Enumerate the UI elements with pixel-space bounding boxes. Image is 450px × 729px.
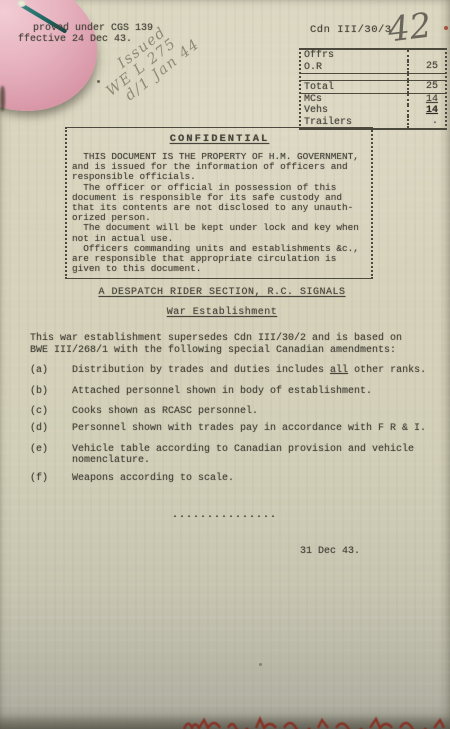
row-value [407,74,445,80]
page-edge-shadow [0,86,5,111]
table-row [301,74,445,81]
item-text: Personnel shown with trades pay in accor… [72,423,426,434]
document-photo: proved under CGS 139 ffective 24 Dec 43.… [0,0,450,729]
document-date: 31 Dec 43. [300,546,360,557]
amendment-item-e: (e) Vehicle table according to Canadian … [30,444,414,466]
row-value [407,50,445,61]
item-text: Attached personnel shown in body of esta… [72,386,372,397]
establishment-summary-table: Offrs O.R 25 Total 25 MCs 14 Vehs 14 Tra… [299,48,447,130]
table-row: O.R 25 [301,61,445,74]
table-row: Total 25 [301,81,445,94]
row-value: . [407,116,445,128]
row-value: 25 [407,81,445,93]
row-label: O.R [301,62,407,73]
paper-speck [259,663,262,666]
dotted-separator: ............... [172,510,277,521]
row-value: 14 [407,94,445,105]
item-label: (e) [30,444,72,466]
item-label: (a) [30,365,72,376]
table-row: Vehs 14 [301,105,445,116]
table-row: Offrs [301,50,445,61]
row-value: 25 [407,61,445,73]
pink-paper-corner [0,0,113,129]
treasury-tag-tip [17,0,26,7]
document-subtitle: War Establishment [0,307,444,318]
item-text: Vehicle table according to Canadian prov… [72,444,414,466]
item-text: Weapons according to scale. [72,473,234,484]
item-label: (f) [30,473,72,484]
paper-speck [97,80,100,83]
amendment-item-f: (f) Weapons according to scale. [30,473,234,484]
handwritten-page-number: 42 [386,6,434,51]
amendment-item-a: (a) Distribution by trades and duties in… [30,365,426,376]
confidential-heading: CONFIDENTIAL [72,133,367,145]
row-label: Total [301,82,407,93]
row-label: Trailers [301,117,407,128]
row-value: 14 [407,105,445,116]
item-text-pre: Distribution by trades and duties includ… [72,365,330,376]
intro-paragraph: This war establishment supersedes Cdn II… [30,333,402,356]
amendment-item-d: (d) Personnel shown with trades pay in a… [30,423,426,434]
item-label: (b) [30,386,72,397]
table-row: MCs 14 [301,94,445,105]
amendment-item-b: (b) Attached personnel shown in body of … [30,386,372,397]
item-label: (d) [30,423,72,434]
document-title: A DESPATCH RIDER SECTION, R.C. SIGNALS [0,287,444,298]
approval-line-1: proved under CGS 139 [33,23,153,34]
row-label: Offrs [301,50,407,61]
approval-line-2: ffective 24 Dec 43. [18,34,132,45]
reference-number: Cdn III/30/3 [310,24,392,36]
row-label: Vehs [301,105,407,116]
cut-off-red-markings [182,716,450,729]
row-label: MCs [301,94,407,105]
item-text-post: other ranks. [348,365,426,376]
item-label: (c) [30,406,72,417]
confidential-notice-box: CONFIDENTIAL THIS DOCUMENT IS THE PROPER… [65,127,373,279]
amendment-item-c: (c) Cooks shown as RCASC personnel. [30,406,258,417]
red-ink-speck [444,26,448,30]
confidential-body-text: THIS DOCUMENT IS THE PROPERTY OF H.M. GO… [72,152,367,274]
item-text-emphasis: all [330,365,348,376]
item-text: Cooks shown as RCASC personnel. [72,406,258,417]
item-text: Distribution by trades and duties includ… [72,365,426,376]
